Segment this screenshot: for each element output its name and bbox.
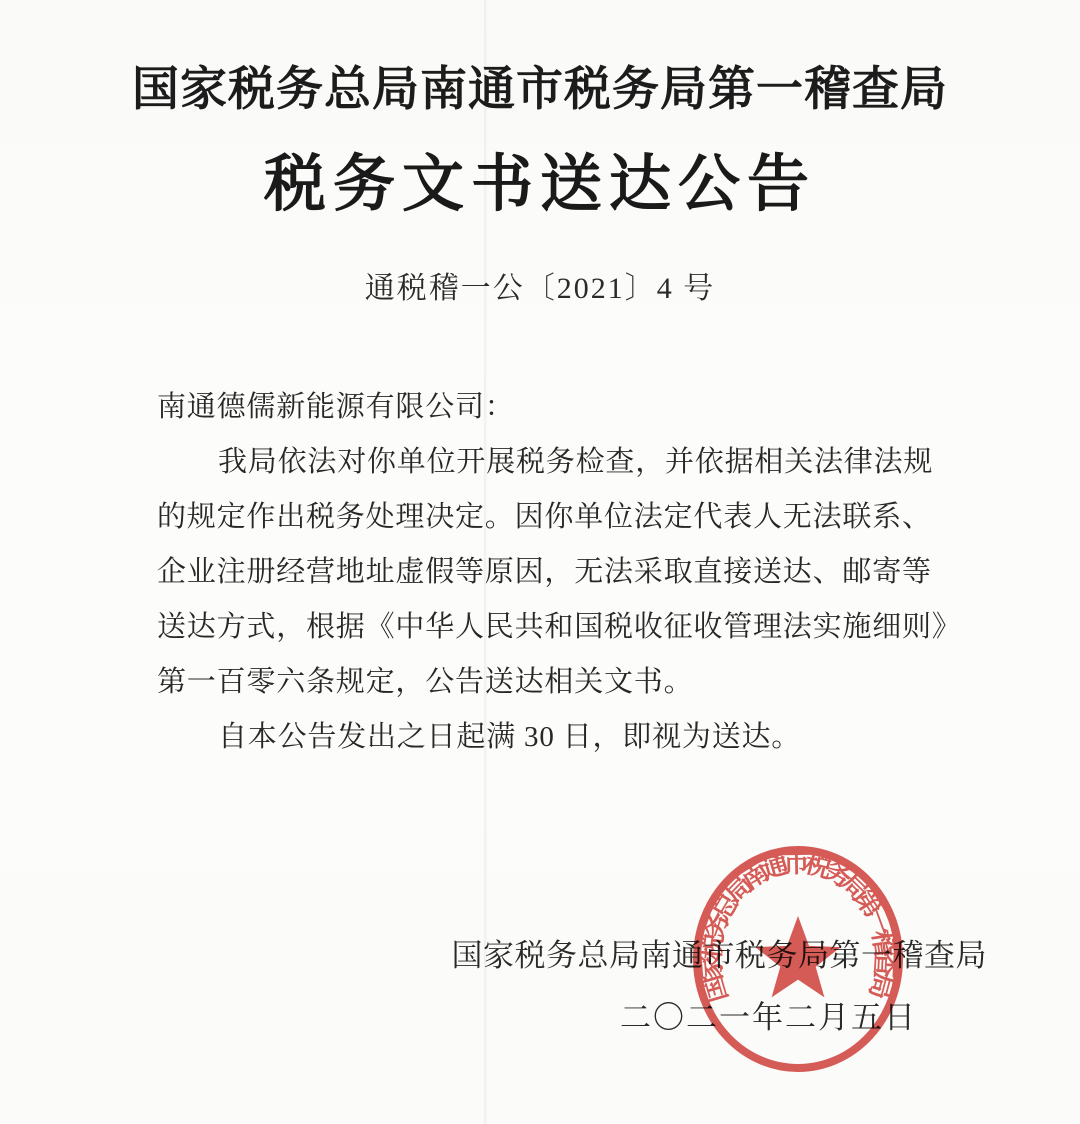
body-paragraph1-line1: 我局依法对你单位开展税务检查，并依据相关法律法规 (157, 435, 957, 490)
addressee-salutation: 南通德儒新能源有限公司： (157, 380, 957, 435)
notice-body: 南通德儒新能源有限公司： 我局依法对你单位开展税务检查，并依据相关法律法规 的规… (157, 380, 957, 765)
body-paragraph1-line5: 第一百零六条规定，公告送达相关文书。 (157, 655, 957, 710)
body-paragraph2: 自本公告发出之日起满 30 日，即视为送达。 (157, 710, 957, 765)
body-paragraph1-line3: 企业注册经营地址虚假等原因，无法采取直接送达、邮寄等 (157, 545, 957, 600)
issue-date: 二〇二一年二月五日 (452, 992, 988, 1037)
body-paragraph1-line4: 送达方式，根据《中华人民共和国税收征收管理法实施细则》 (157, 600, 957, 655)
issuer-signature: 国家税务总局南通市税务局第一稽查局 (452, 930, 988, 975)
issuing-authority-title: 国家税务总局南通市税务局第一稽查局 (0, 52, 1080, 119)
document-reference-number: 通税稽一公〔2021〕4 号 (0, 263, 1080, 307)
scanned-tax-notice-page: 国家税务总局南通市税务局第一稽查局 税务文书送达公告 通税稽一公〔2021〕4 … (0, 0, 1080, 1124)
signature-block: 国家税务总局南通市税务局第一稽查局 二〇二一年二月五日 (452, 930, 988, 1037)
document-title: 税务文书送达公告 (0, 134, 1080, 223)
body-paragraph1-line2: 的规定作出税务处理决定。因你单位法定代表人无法联系、 (157, 490, 957, 545)
